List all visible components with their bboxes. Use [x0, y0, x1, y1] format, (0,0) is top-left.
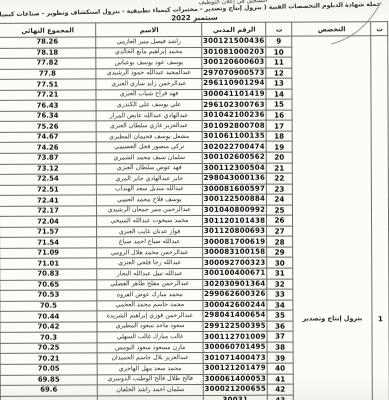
header-seq: ت	[266, 22, 292, 36]
cell-total: 74.26	[0, 142, 96, 153]
cell-seq: 33	[267, 289, 293, 300]
specialization-seq: 1	[372, 316, 388, 323]
header-total: المجموع النهائي	[0, 22, 96, 37]
cell-civil-id: 300100400671	[203, 268, 267, 279]
cell-name: عبدالمجيد عبدالله حمود الرشيدي	[96, 68, 202, 79]
cell-total: 70.25	[0, 343, 97, 354]
cell-total: 77.82	[0, 58, 96, 69]
cell-civil-id: 300060701495	[203, 342, 267, 353]
cell-total: 69.6	[0, 385, 97, 396]
cell-name: تركي منصور فجل العصيمي	[96, 142, 202, 153]
specialization-cell: بترول إنتاج وتصدير	[292, 36, 373, 400]
cell-civil-id: 297070900573	[202, 68, 266, 79]
cell-name: فواز عدنان غايب العنزي	[97, 226, 203, 237]
cell-total: 72.17	[0, 206, 97, 217]
header-specialization: التخصص	[292, 21, 371, 36]
cell-seq: 30	[267, 258, 293, 269]
cell-total: 72.54	[0, 174, 96, 185]
cell-name: عبدالرحمن فوزي إبراهيم الشريدة	[97, 311, 203, 322]
cell-total: 71.57	[0, 227, 97, 238]
cell-name: عبدالرحمن زايد ساري العنزي	[96, 79, 202, 90]
cell-name: عبدالله صباغ احمد صباغ	[97, 237, 203, 248]
cell-seq: 23	[266, 184, 292, 195]
cell-seq: 22	[266, 173, 292, 184]
cell-seq: 9	[266, 36, 292, 47]
cell-name: عبدالعزيز بلال جاسم الحميدان	[97, 353, 203, 364]
cell-civil-id: 299122500395	[203, 321, 267, 332]
cell-seq: 19	[266, 142, 292, 153]
cell-civil-id: 301042100236	[202, 110, 266, 121]
cell-seq: 32	[267, 279, 293, 290]
cell-name: سعود ماجد سعود المطيري	[97, 321, 203, 332]
header-outer-seq: ت	[371, 22, 388, 36]
cell-total: 72.04	[0, 216, 97, 227]
cell-total: 78.26	[0, 37, 96, 48]
cell-name: محمد سعد مهل الهاجري	[97, 363, 203, 374]
cell-civil-id: 300092700323	[203, 258, 267, 269]
cell-civil-id: 300112701009	[203, 331, 267, 342]
cell-name: عبدالعزيز غازي سلطان العنزي	[96, 121, 202, 132]
cell-total: 70.83	[0, 269, 97, 280]
cell-total: 70.44	[0, 311, 97, 322]
cell-name: غالب مبارك غالب السهلي	[97, 332, 203, 343]
cell-name: عبدالله منديل سعد الهنداب	[96, 184, 202, 195]
cell-seq: 17	[266, 120, 292, 131]
cell-total	[0, 396, 97, 400]
cell-civil-id: 296102300763	[202, 99, 266, 110]
cell-name: عبدالله نبيل عبدالله البجار	[97, 268, 203, 279]
cell-civil-id: 300083100158	[203, 247, 267, 258]
cell-name	[97, 395, 203, 400]
cell-total: 71.09	[0, 248, 97, 259]
cell-civil-id: 301120800693	[203, 226, 267, 237]
scanned-document-page: { "page": { "title_line1": "التسجيل في إ…	[0, 0, 389, 400]
cell-name: علي يوسف علي الكندري	[96, 100, 202, 111]
cell-seq: 28	[267, 236, 293, 247]
cell-civil-id: 300041101419	[202, 89, 266, 100]
cell-civil-id: 300121500436	[202, 36, 266, 47]
cell-seq: 20	[266, 152, 292, 163]
cell-seq: 41	[267, 374, 293, 385]
cell-name: يوسف فلاح محمد العتيبي	[96, 195, 202, 206]
cell-name: محمد جاسم محمد العجمي	[97, 300, 203, 311]
cell-civil-id: 300061400053	[203, 374, 267, 385]
cell-seq: 26	[267, 215, 293, 226]
cell-total: 74.67	[0, 132, 96, 143]
cell-total: 70.53	[0, 290, 97, 301]
header-row: ت التخصص ت الرقم المدني الاسم المجموع ال…	[0, 22, 388, 38]
cell-name: محمد سبخوت عبدالله السبخي	[97, 216, 203, 227]
cell-civil-id: 302022700474	[202, 142, 266, 153]
cell-total: 70.21	[0, 353, 97, 364]
cell-name: سلمان سيف محمد الشمري	[96, 152, 202, 163]
header-name: الاسم	[96, 22, 202, 38]
cell-total: 73.87	[0, 153, 96, 164]
cell-civil-id: 300042600244	[203, 300, 267, 311]
cell-name: محمد إبراهيم مانع الخالدي	[96, 47, 202, 58]
cell-total: 77.21	[0, 90, 96, 101]
cell-civil-id: 296110901294	[202, 78, 266, 89]
cell-name: فالح طلال فالح الوطيب الدوسري	[97, 374, 203, 385]
cell-seq: 13	[266, 78, 292, 89]
cell-seq: 34	[267, 300, 293, 311]
cell-civil-id: 300121201479	[203, 363, 267, 374]
cell-total: 73.12	[0, 163, 96, 174]
cell-civil-id: 298041400654	[203, 310, 267, 321]
cell-total: 71.01	[0, 258, 97, 269]
cell-seq: 38	[267, 342, 293, 353]
cell-seq: 14	[266, 89, 292, 100]
cell-civil-id: 301071400473	[203, 353, 267, 364]
cell-total: 70.65	[0, 280, 97, 291]
header-civil-id: الرقم المدني	[202, 22, 266, 37]
cell-seq: 29	[267, 247, 293, 258]
cell-civil-id: 301061100135	[202, 131, 266, 142]
cell-civil-id: 301081000203	[202, 47, 266, 58]
cell-name: راشد فيصل منير العازمي	[96, 36, 202, 47]
cell-total: 72.51	[0, 185, 96, 196]
cell-civil-id: 301040800992	[202, 205, 266, 216]
cell-seq: 42	[267, 384, 293, 395]
cell-civil-id: 30031	[203, 395, 267, 400]
cell-name: محمد مبارك عوض الفروه	[97, 290, 203, 301]
cell-civil-id: 302030901364	[203, 279, 267, 290]
cell-civil-id: 300081600597	[202, 184, 266, 195]
cell-seq: 35	[267, 310, 293, 321]
cell-total: 78.18	[0, 47, 96, 58]
cell-name: عبدالرحمن محمد هلال الرومي	[97, 247, 203, 258]
cell-seq: 37	[267, 331, 293, 342]
cell-seq: 21	[266, 163, 292, 174]
cell-name: فهد فراج شباب العنزي	[96, 89, 202, 100]
cell-seq: 15	[266, 99, 292, 110]
cell-name: عبدالرحمن مفلح ظاهر الفضلي	[97, 279, 203, 290]
cell-seq: 43	[267, 395, 293, 400]
cell-civil-id: 299062600326	[203, 289, 267, 300]
cell-civil-id: 298043000136	[202, 173, 266, 184]
results-table: ت التخصص ت الرقم المدني الاسم المجموع ال…	[0, 21, 389, 400]
cell-civil-id: 300081700619	[203, 237, 267, 248]
cell-total: 69.85	[0, 374, 97, 385]
cell-name: عبدالهادي عبدالله عايض المرار	[96, 110, 202, 121]
cell-total: 76.34	[0, 111, 96, 122]
cell-total: 72.41	[0, 195, 96, 206]
cell-seq: 10	[266, 47, 292, 58]
cell-name: مازن مسعود سعود النومس	[97, 342, 203, 353]
cell-total: 75.26	[0, 121, 96, 132]
cell-seq: 25	[266, 205, 292, 216]
cell-name: يوسف عود يوسف بوعباس	[96, 58, 202, 69]
cell-civil-id: 300120600603	[202, 57, 266, 68]
cell-total: 77.51	[0, 79, 96, 90]
cell-seq: 18	[266, 131, 292, 142]
cell-name: فهد عوض سلطان العنزي	[96, 163, 202, 174]
cell-civil-id: 301092800708	[202, 121, 266, 132]
cell-name: سلمان احمد راشد الخلفان	[97, 385, 203, 396]
cell-name: عبدالرحمن منير جمعان الرشيدي	[96, 205, 202, 216]
cell-civil-id: 300112300504	[202, 163, 266, 174]
cell-total: 76.43	[0, 100, 96, 111]
cell-total: 70.05	[0, 364, 97, 375]
document-header: التسجيل في إعلان التوظيف حملة شهادة الدب…	[0, 0, 389, 22]
cell-total: 77.8	[0, 69, 96, 80]
cell-civil-id: 300102600562	[202, 152, 266, 163]
cell-civil-id: 301120101438	[203, 215, 267, 226]
cell-total: 70.42	[0, 322, 97, 333]
cell-seq: 11	[266, 57, 292, 68]
cell-name: جابر عبدالهادي جابر المري	[96, 174, 202, 185]
cell-total: 71.54	[0, 237, 97, 248]
cell-seq: 36	[267, 321, 293, 332]
cell-civil-id: 300021200655	[203, 384, 267, 395]
cell-civil-id: 300122500884	[202, 194, 266, 205]
specialization-seq-cell: 1	[371, 36, 389, 400]
cell-seq: 31	[267, 268, 293, 279]
cell-seq: 40	[267, 363, 293, 374]
cell-seq: 12	[266, 68, 292, 79]
cell-total: 70.3	[0, 332, 97, 343]
cell-seq: 24	[266, 194, 292, 205]
cell-seq: 39	[267, 352, 293, 363]
specialization-label: بترول إنتاج وتصدير	[293, 315, 371, 322]
table-header: ت التخصص ت الرقم المدني الاسم المجموع ال…	[0, 22, 388, 38]
cell-total: 70.5	[0, 301, 97, 312]
results-body: 1بترول إنتاج وتصدير9300121500436راشد فيص…	[0, 36, 389, 400]
cell-seq: 16	[266, 110, 292, 121]
cell-seq: 27	[267, 226, 293, 237]
cell-name: عبدالله رجا فلحي العنزي	[97, 258, 203, 269]
cell-name: مشعل يوسف فحيمان المطيري	[96, 131, 202, 142]
